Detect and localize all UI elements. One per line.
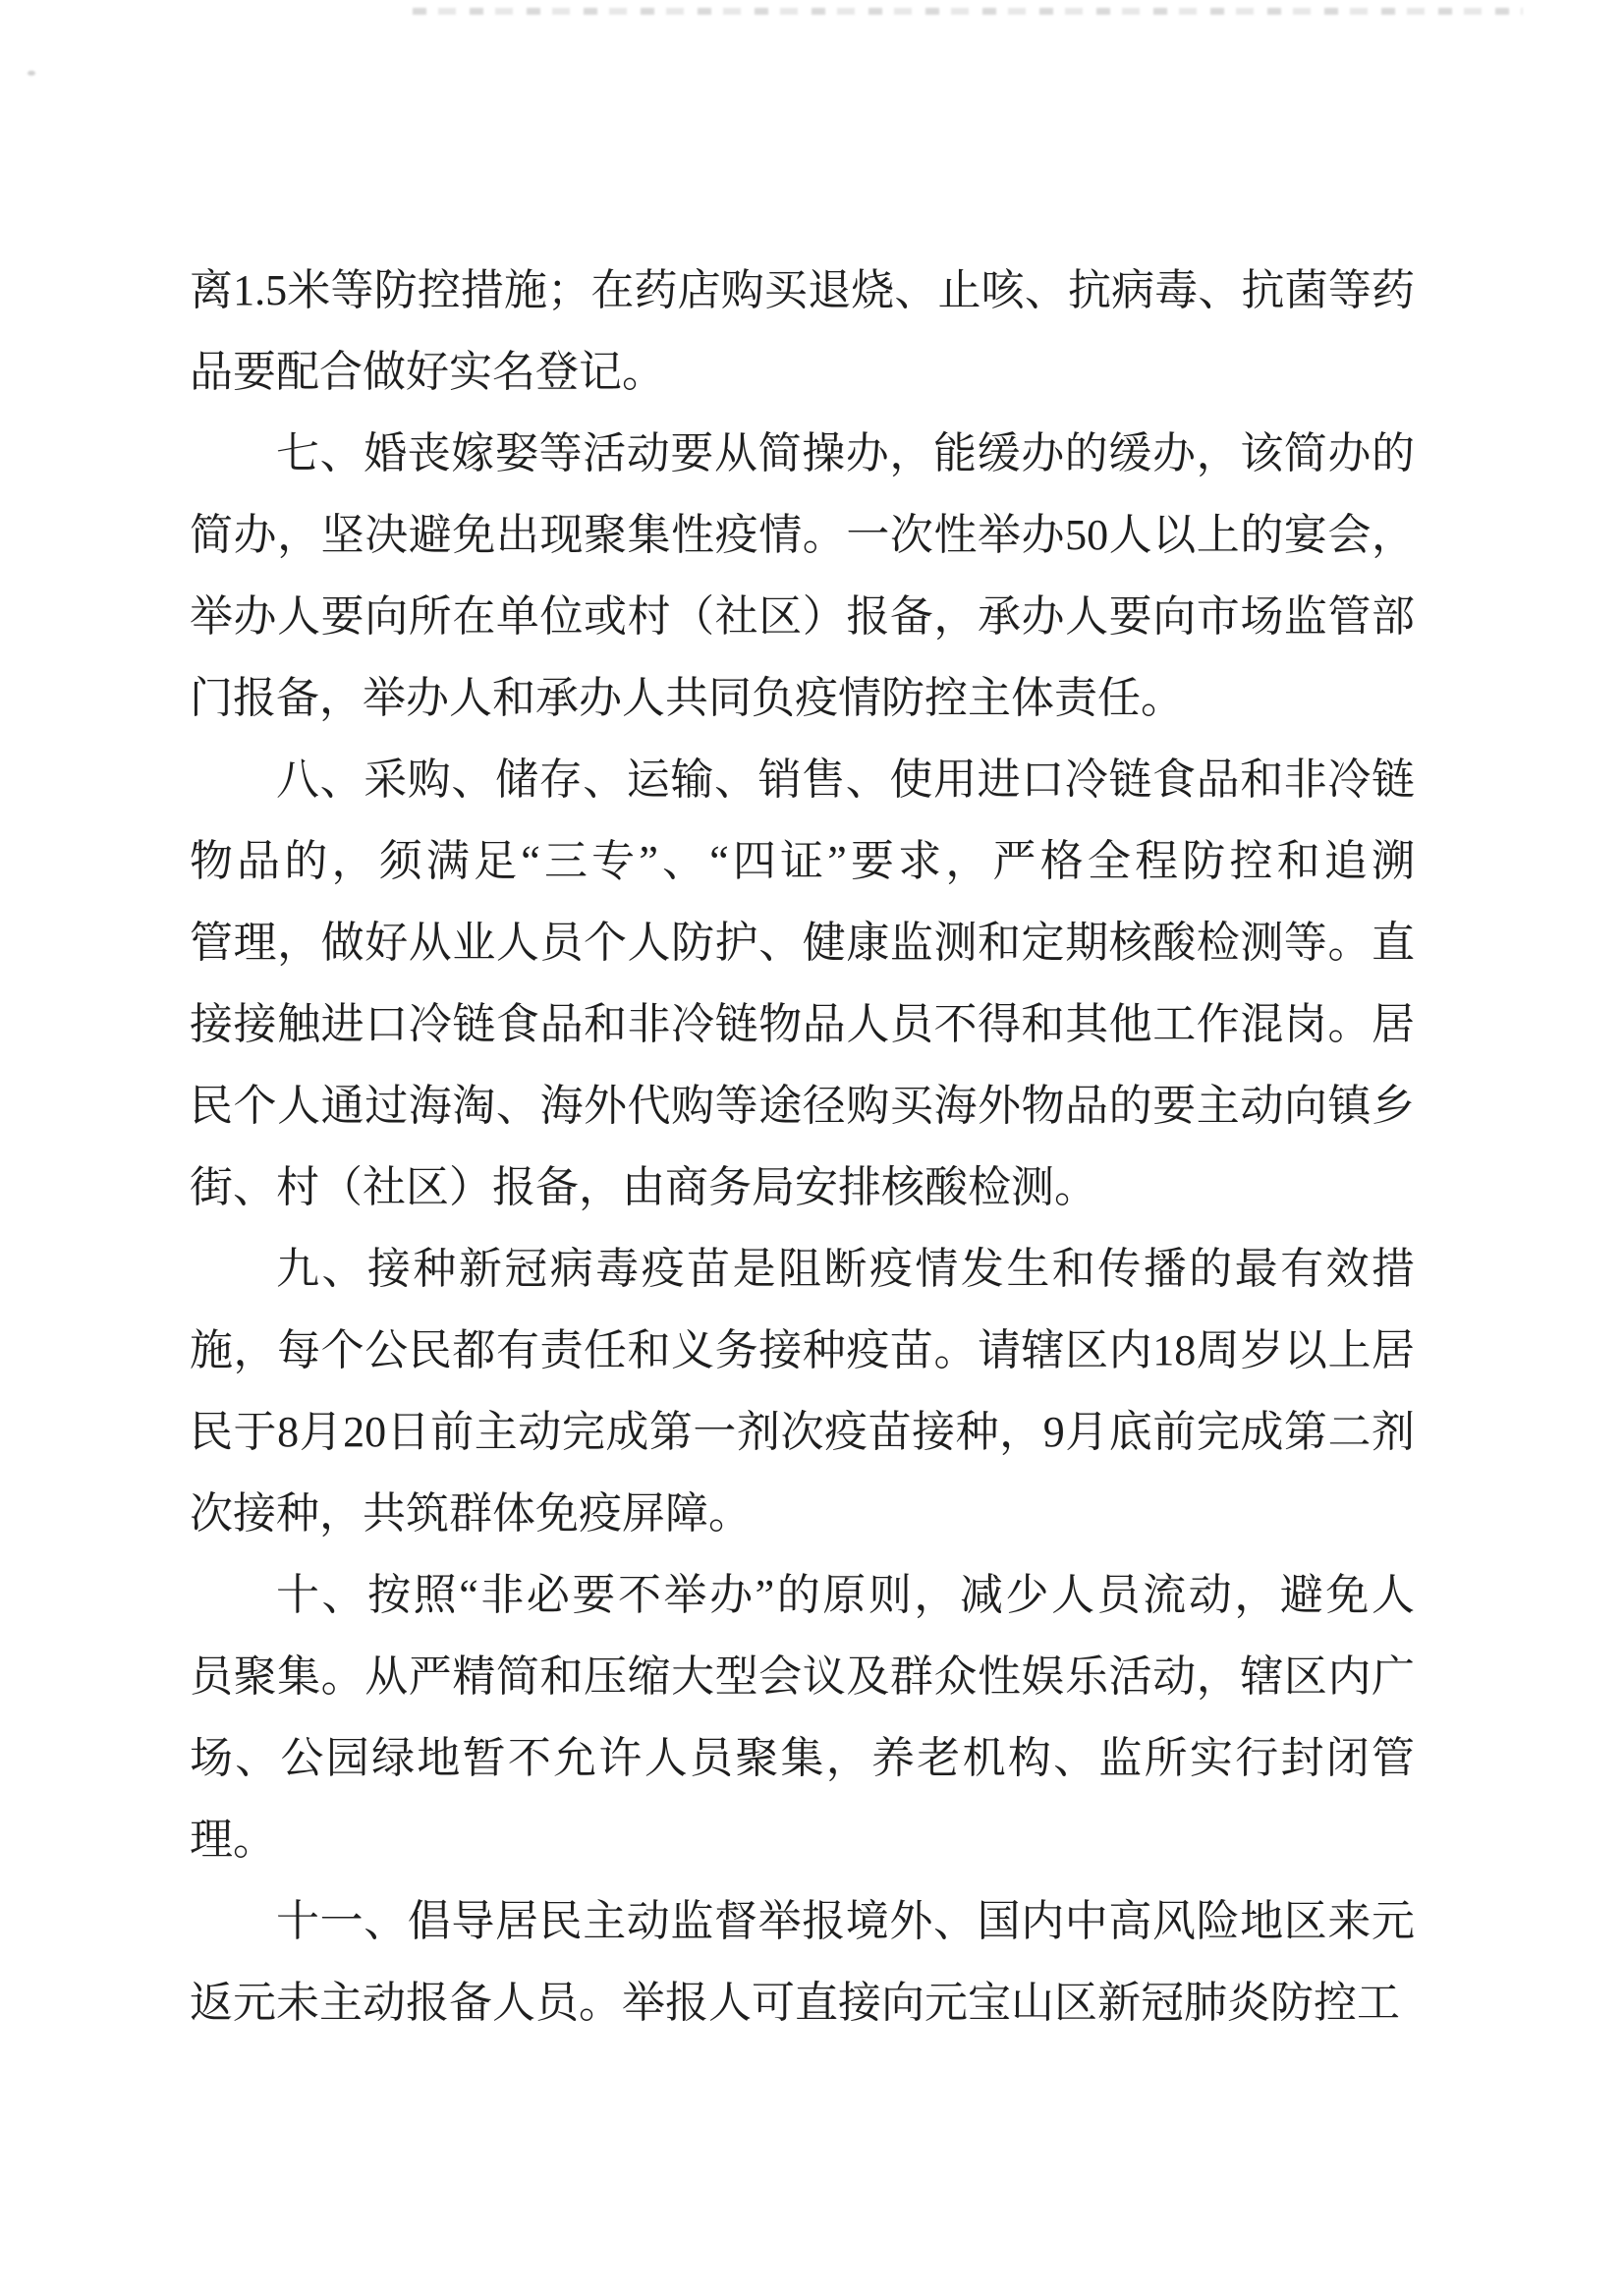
- document-page: 离1.5米等防控措施；在药店购买退烧、止咳、抗病毒、抗菌等药品要配合做好实名登记…: [0, 0, 1624, 2295]
- text-line: 简办，坚决避免出现聚集性疫情。一次性举办50人以上的宴会，: [190, 494, 1415, 576]
- text-line: 员聚集。从严精简和压缩大型会议及群众性娱乐活动，辖区内广: [190, 1636, 1415, 1717]
- text-line: 场、公园绿地暂不允许人员聚集，养老机构、监所实行封闭管: [190, 1717, 1415, 1799]
- text-line: 民于8月20日前主动完成第一剂次疫苗接种，9月底前完成第二剂: [190, 1391, 1415, 1473]
- text-line: 街、村（社区）报备，由商务局安排核酸检测。: [190, 1147, 1415, 1228]
- text-line: 离1.5米等防控措施；在药店购买退烧、止咳、抗病毒、抗菌等药: [190, 250, 1415, 331]
- text-line: 物品的，须满足“三专”、“四证”要求，严格全程防控和追溯: [190, 820, 1415, 902]
- text-line: 管理，做好从业人员个人防护、健康监测和定期核酸检测等。直: [190, 902, 1415, 983]
- scan-speck: [28, 71, 35, 76]
- text-line: 十、按照“非必要不举办”的原则，减少人员流动，避免人: [190, 1554, 1415, 1636]
- text-line: 返元未主动报备人员。举报人可直接向元宝山区新冠肺炎防控工: [190, 1962, 1415, 2043]
- text-line: 次接种，共筑群体免疫屏障。: [190, 1473, 1415, 1554]
- text-line: 七、婚丧嫁娶等活动要从简操办，能缓办的缓办，该简办的: [190, 413, 1415, 494]
- text-line: 施，每个公民都有责任和义务接种疫苗。请辖区内18周岁以上居: [190, 1310, 1415, 1391]
- text-line: 十一、倡导居民主动监督举报境外、国内中高风险地区来元: [190, 1880, 1415, 1962]
- text-line: 理。: [190, 1799, 1415, 1880]
- text-line: 民个人通过海淘、海外代购等途径购买海外物品的要主动向镇乡: [190, 1065, 1415, 1147]
- scan-artifact-top: [413, 8, 1523, 15]
- text-block: 离1.5米等防控措施；在药店购买退烧、止咳、抗病毒、抗菌等药品要配合做好实名登记…: [190, 250, 1415, 2043]
- text-line: 八、采购、储存、运输、销售、使用进口冷链食品和非冷链: [190, 739, 1415, 820]
- text-line: 九、接种新冠病毒疫苗是阻断疫情发生和传播的最有效措: [190, 1228, 1415, 1310]
- text-line: 接接触进口冷链食品和非冷链物品人员不得和其他工作混岗。居: [190, 983, 1415, 1065]
- text-line: 品要配合做好实名登记。: [190, 331, 1415, 413]
- text-line: 举办人要向所在单位或村（社区）报备，承办人要向市场监管部: [190, 576, 1415, 657]
- text-line: 门报备，举办人和承办人共同负疫情防控主体责任。: [190, 657, 1415, 739]
